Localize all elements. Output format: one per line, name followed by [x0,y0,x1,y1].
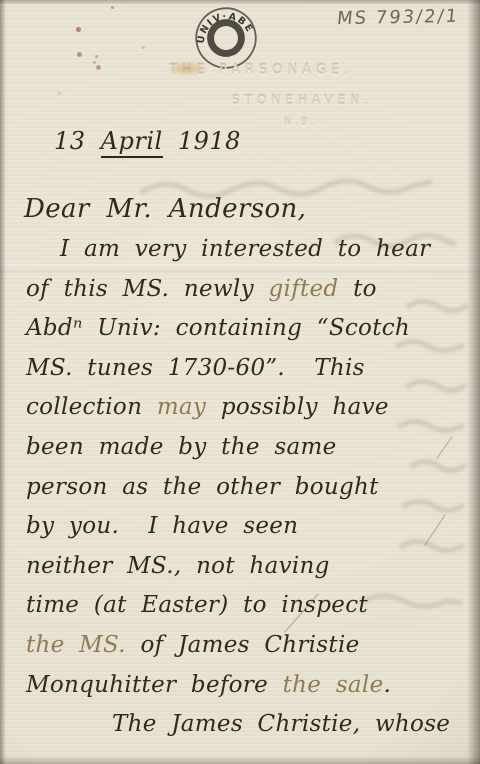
shelfmark-annotation: MS 793/2/1 [336,6,460,30]
letter-line: been made by the same [26,434,336,460]
letter-line: of this MS. newly gifted to [26,276,377,302]
letter-line: Monquhitter before the sale. [26,672,391,698]
letter-page: UNIV·ABERD · ✳ · MS 793/2/1 THE PARSONAG… [0,0,480,764]
letterhead-region: N.B. [284,117,317,128]
letter-line: time (at Easter) to inspect [26,592,368,618]
letter-line: collection may possibly have [26,394,389,420]
letter-line: The James Christie, whose [112,711,450,737]
letter-line: the MS. of James Christie [26,632,360,658]
letter-line: person as the other bought [26,474,379,500]
letter-line: by you. I have seen [26,513,298,539]
letterhead-address: THE PARSONAGE. [169,63,353,78]
letter-line: Abdⁿ Univ: containing “Scotch [26,315,410,341]
letter-line: neither MS., not having [26,553,330,579]
paper-crease [0,264,480,273]
date-line: 13 April 1918 [54,127,241,155]
salutation: Dear Mr. Anderson, [24,194,306,224]
letterhead-town: STONEHAVEN. [232,93,373,107]
letter-line: MS. tunes 1730-60”. This [26,355,365,381]
foxing-spots [0,0,3,3]
letter-line: I am very interested to hear [60,236,430,262]
